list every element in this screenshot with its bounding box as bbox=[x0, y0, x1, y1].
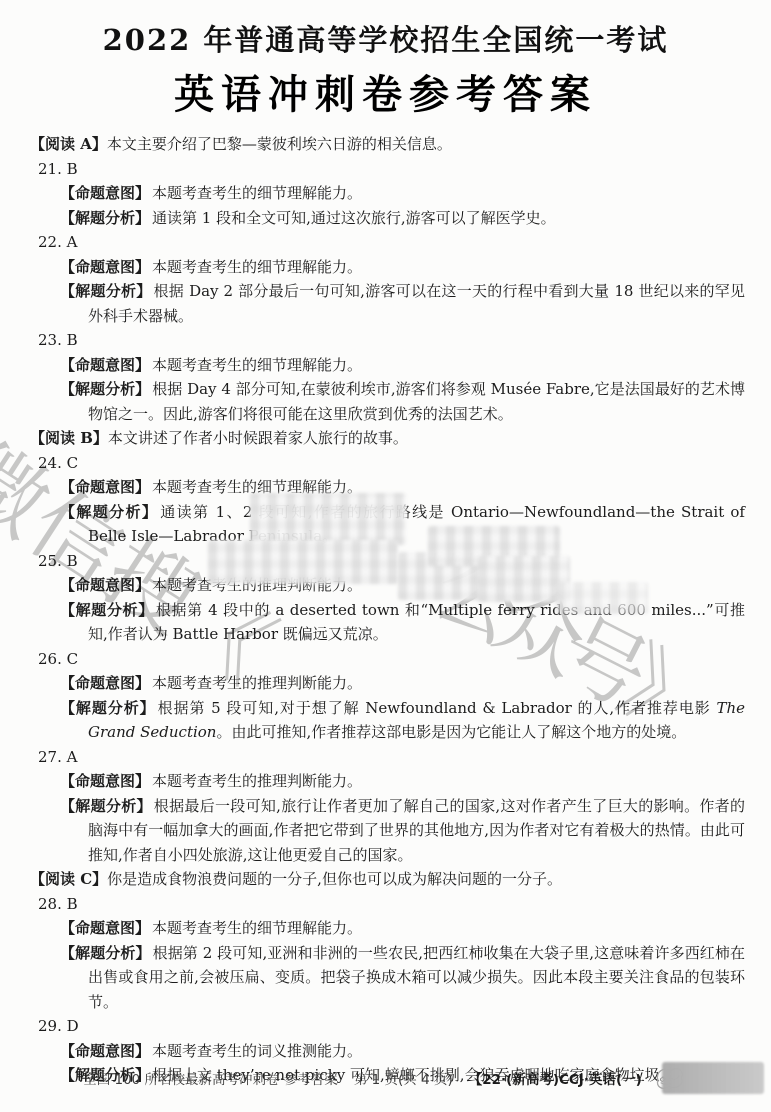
analysis-text: 根据 Day 4 部分可知,在蒙彼利埃市,游客们将参观 Musée Fabre,… bbox=[88, 380, 745, 423]
analysis-text: 通读第 1、2 段可知,作者的旅行路线是 Ontario—Newfoundlan… bbox=[88, 503, 745, 546]
answer-number: 25. B bbox=[30, 549, 745, 574]
answer-number: 28. B bbox=[30, 892, 745, 917]
analysis-text: 根据第 5 段可知,对于想了解 Newfoundland & Labrador … bbox=[158, 699, 717, 717]
analysis-text: 通读第 1 段和全文可知,通过这次旅行,游客可以了解医学史。 bbox=[152, 209, 556, 227]
intent-text: 本题考查考生的细节理解能力。 bbox=[152, 919, 362, 937]
intent-line: 【命题意图】本题考查考生的推理判断能力。 bbox=[30, 671, 745, 696]
exam-title: 2022 年普通高等学校招生全国统一考试 bbox=[0, 18, 771, 59]
analysis-line: 【解题分析】根据最后一段可知,旅行让作者更加了解自己的国家,这对作者产生了巨大的… bbox=[30, 794, 745, 868]
analysis-label: 【解题分析】 bbox=[60, 503, 158, 521]
intent-text: 本题考查考生的细节理解能力。 bbox=[152, 356, 362, 374]
intent-label: 【命题意图】 bbox=[60, 478, 150, 496]
intent-text: 本题考查考生的推理判断能力。 bbox=[152, 576, 362, 594]
reading-section-line: 【阅读 A】本文主要介绍了巴黎—蒙彼利埃六日游的相关信息。 bbox=[30, 132, 745, 157]
intent-line: 【命题意图】本题考查考生的词义推测能力。 bbox=[30, 1039, 745, 1064]
intent-line: 【命题意图】本题考查考生的细节理解能力。 bbox=[30, 475, 745, 500]
analysis-text: 根据最后一段可知,旅行让作者更加了解自己的国家,这对作者产生了巨大的影响。作者的… bbox=[88, 797, 745, 864]
analysis-text: 根据第 4 段中的 a deserted town 和“Multiple fer… bbox=[88, 601, 745, 644]
intent-label: 【命题意图】 bbox=[60, 356, 150, 374]
analysis-text: 根据第 2 段可知,亚洲和非洲的一些农民,把西红柿收集在大袋子里,这意味着许多西… bbox=[88, 944, 745, 1011]
reading-section-label: 【阅读 B】 bbox=[30, 429, 108, 447]
reading-section-line: 【阅读 C】你是造成食物浪费问题的一分子,但你也可以成为解决问题的一分子。 bbox=[30, 867, 745, 892]
analysis-label: 【解题分析】 bbox=[60, 601, 154, 619]
analysis-line: 【解题分析】通读第 1、2 段可知,作者的旅行路线是 Ontario—Newfo… bbox=[30, 500, 745, 549]
analysis-text: 根据 Day 2 部分最后一句可知,游客可以在这一天的行程中看到大量 18 世纪… bbox=[88, 282, 745, 325]
answer-number: 23. B bbox=[30, 328, 745, 353]
analysis-label: 【解题分析】 bbox=[60, 282, 152, 300]
intent-line: 【命题意图】本题考查考生的细节理解能力。 bbox=[30, 916, 745, 941]
analysis-label: 【解题分析】 bbox=[60, 944, 151, 962]
analysis-line: 【解题分析】根据第 2 段可知,亚洲和非洲的一些农民,把西红柿收集在大袋子里,这… bbox=[30, 941, 745, 1015]
reading-section-label: 【阅读 C】 bbox=[30, 870, 107, 888]
footer-paper-code: 【22·(新高考)CCJ·英语(一) bbox=[469, 1068, 642, 1088]
intent-text: 本题考查考生的细节理解能力。 bbox=[152, 184, 362, 202]
answer-number: 29. D bbox=[30, 1014, 745, 1039]
intent-text: 本题考查考生的推理判断能力。 bbox=[152, 674, 362, 692]
analysis-line: 【解题分析】根据 Day 4 部分可知,在蒙彼利埃市,游客们将参观 Musée … bbox=[30, 377, 745, 426]
title-block: 2022 年普通高等学校招生全国统一考试 英语冲刺卷参考答案 bbox=[0, 18, 771, 120]
reading-section-summary: 你是造成食物浪费问题的一分子,但你也可以成为解决问题的一分子。 bbox=[107, 870, 562, 888]
analysis-line: 【解题分析】根据第 4 段中的 a deserted town 和“Multip… bbox=[30, 598, 745, 647]
analysis-label: 【解题分析】 bbox=[60, 209, 150, 227]
analysis-text: 。由此可推知,作者推荐这部电影是因为它能让人了解这个地方的处境。 bbox=[216, 723, 686, 741]
answer-number: 27. A bbox=[30, 745, 745, 770]
answer-key-title: 英语冲刺卷参考答案 bbox=[0, 63, 771, 120]
scribble-doodle-icon bbox=[652, 1064, 688, 1092]
intent-text: 本题考查考生的词义推测能力。 bbox=[152, 1042, 362, 1060]
page-footer: 全国 100 所名校最新高考冲刺卷·参考答案 第 1 页(共 4 页) 【22·… bbox=[0, 1064, 771, 1092]
intent-label: 【命题意图】 bbox=[60, 184, 150, 202]
intent-label: 【命题意图】 bbox=[60, 674, 150, 692]
footer-page-number: 第 1 页(共 4 页) bbox=[354, 1068, 453, 1088]
exam-answer-page: 2022 年普通高等学校招生全国统一考试 英语冲刺卷参考答案 【阅读 A】本文主… bbox=[0, 0, 771, 1112]
reading-section-label: 【阅读 A】 bbox=[30, 135, 107, 153]
intent-text: 本题考查考生的细节理解能力。 bbox=[152, 258, 362, 276]
intent-line: 【命题意图】本题考查考生的细节理解能力。 bbox=[30, 181, 745, 206]
answer-number: 24. C bbox=[30, 451, 745, 476]
intent-label: 【命题意图】 bbox=[60, 772, 150, 790]
reading-section-summary: 本文主要介绍了巴黎—蒙彼利埃六日游的相关信息。 bbox=[107, 135, 452, 153]
intent-line: 【命题意图】本题考查考生的细节理解能力。 bbox=[30, 255, 745, 280]
intent-label: 【命题意图】 bbox=[60, 1042, 150, 1060]
answer-number: 26. C bbox=[30, 647, 745, 672]
reading-section-line: 【阅读 B】本文讲述了作者小时候跟着家人旅行的故事。 bbox=[30, 426, 745, 451]
intent-line: 【命题意图】本题考查考生的推理判断能力。 bbox=[30, 769, 745, 794]
analysis-label: 【解题分析】 bbox=[60, 699, 156, 717]
answers-content: 【阅读 A】本文主要介绍了巴黎—蒙彼利埃六日游的相关信息。21. B【命题意图】… bbox=[0, 130, 771, 1088]
intent-line: 【命题意图】本题考查考生的细节理解能力。 bbox=[30, 353, 745, 378]
analysis-label: 【解题分析】 bbox=[60, 380, 150, 398]
analysis-label: 【解题分析】 bbox=[60, 797, 152, 815]
analysis-line: 【解题分析】通读第 1 段和全文可知,通过这次旅行,游客可以了解医学史。 bbox=[30, 206, 745, 231]
intent-line: 【命题意图】本题考查考生的推理判断能力。 bbox=[30, 573, 745, 598]
intent-label: 【命题意图】 bbox=[60, 576, 150, 594]
analysis-line: 【解题分析】根据 Day 2 部分最后一句可知,游客可以在这一天的行程中看到大量… bbox=[30, 279, 745, 328]
analysis-line: 【解题分析】根据第 5 段可知,对于想了解 Newfoundland & Lab… bbox=[30, 696, 745, 745]
intent-text: 本题考查考生的细节理解能力。 bbox=[152, 478, 362, 496]
footer-source: 全国 100 所名校最新高考冲刺卷·参考答案 bbox=[83, 1068, 338, 1088]
answer-number: 21. B bbox=[30, 157, 745, 182]
intent-text: 本题考查考生的推理判断能力。 bbox=[152, 772, 362, 790]
answer-number: 22. A bbox=[30, 230, 745, 255]
intent-label: 【命题意图】 bbox=[60, 919, 150, 937]
reading-section-summary: 本文讲述了作者小时候跟着家人旅行的故事。 bbox=[108, 429, 408, 447]
intent-label: 【命题意图】 bbox=[60, 258, 150, 276]
